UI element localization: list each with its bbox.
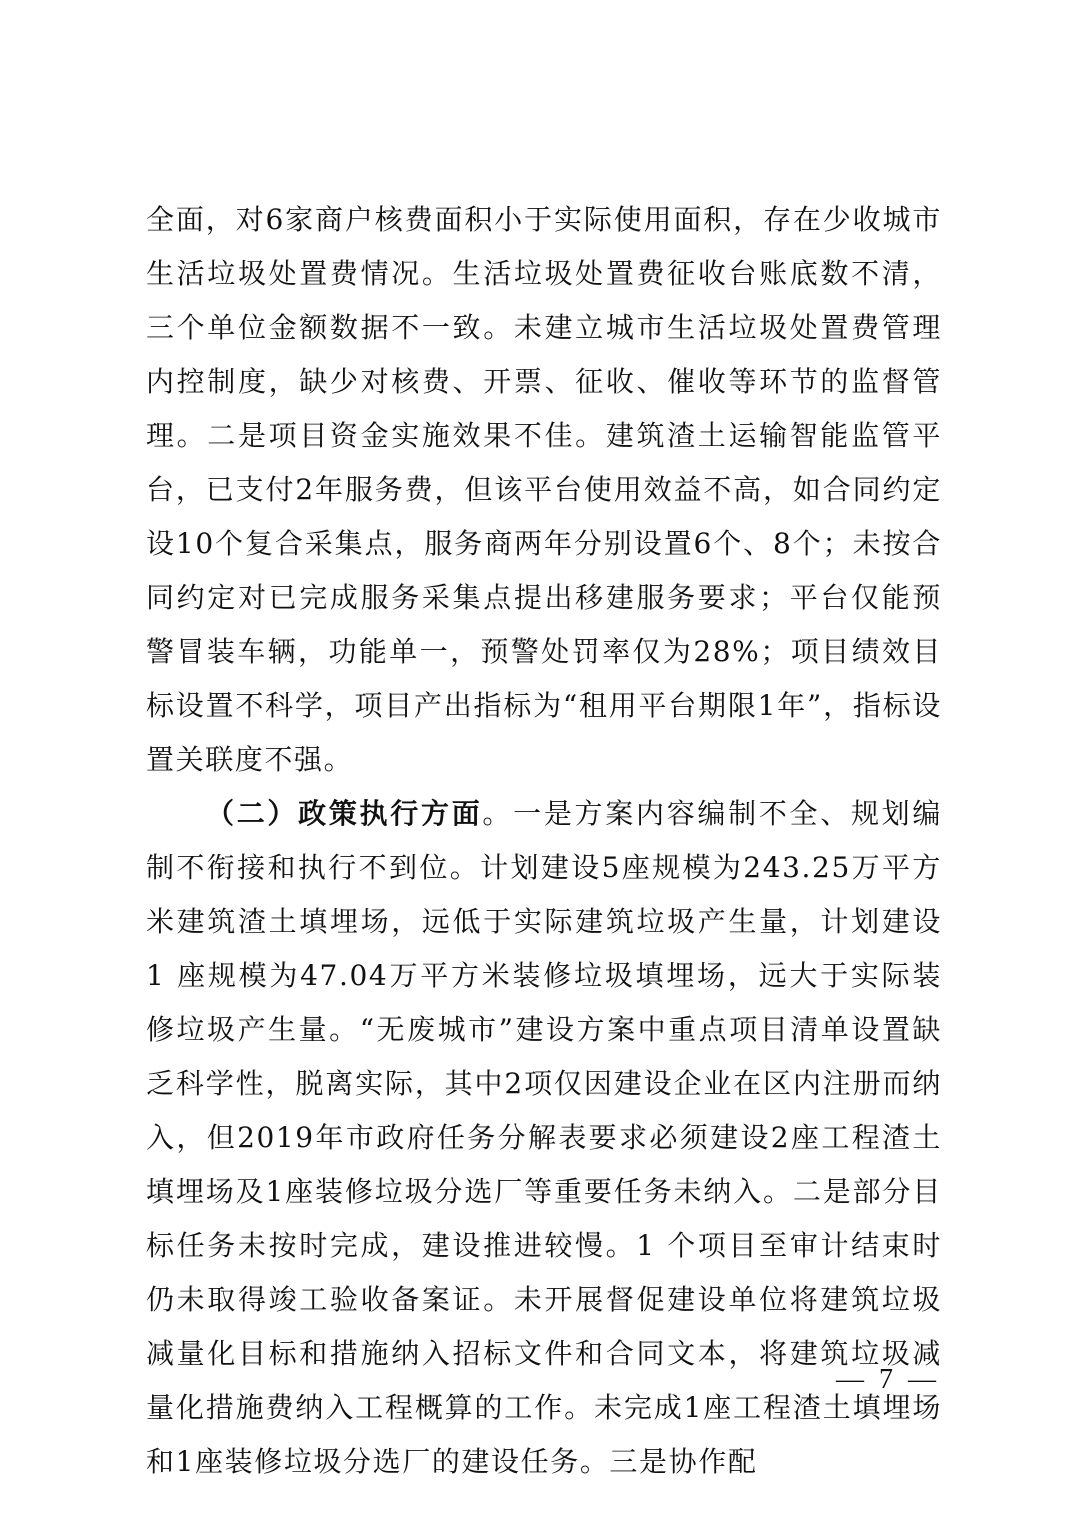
page-number: — 7 — [0,1364,1074,1396]
paragraph-text: 全面，对6家商户核费面积小于实际使用面积，存在少收城市生活垃圾处置费情况。生活垃… [146,203,942,776]
paragraph-revenue-issues: 全面，对6家商户核费面积小于实际使用面积，存在少收城市生活垃圾处置费情况。生活垃… [146,193,942,787]
document-page: 全面，对6家商户核费面积小于实际使用面积，存在少收城市生活垃圾处置费情况。生活垃… [146,193,942,1489]
section-heading: （二）政策执行方面 [206,797,482,830]
